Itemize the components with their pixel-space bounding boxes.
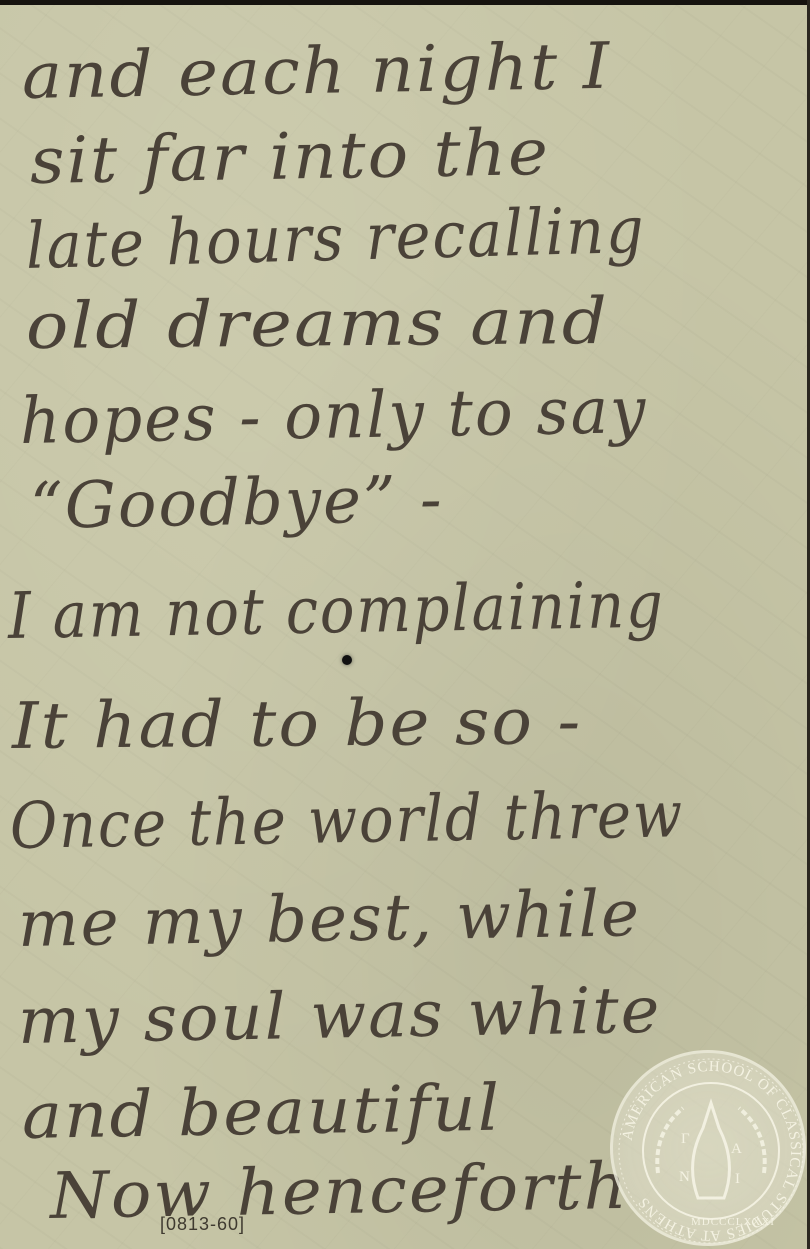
svg-text:Α: Α bbox=[731, 1141, 743, 1157]
handwritten-line-12: and beautiful bbox=[21, 1072, 502, 1154]
svg-text:Ι: Ι bbox=[735, 1171, 741, 1187]
archive-reference-label: [0813-60] bbox=[160, 1214, 245, 1235]
handwritten-line-2: sit far into the bbox=[29, 116, 550, 199]
handwritten-line-10: me my best, while bbox=[17, 877, 641, 962]
svg-text:Γ: Γ bbox=[681, 1131, 691, 1147]
handwritten-line-5: hopes - only to say bbox=[19, 374, 648, 459]
scan-top-border bbox=[0, 0, 810, 5]
handwritten-line-13: Now henceforth bbox=[49, 1150, 629, 1234]
handwritten-line-11: my soul was white bbox=[17, 974, 662, 1059]
svg-text:Ν: Ν bbox=[679, 1169, 691, 1185]
seal-emblem-icon: AMERICAN SCHOOL OF CLASSICAL STUDIES AT … bbox=[613, 1053, 809, 1249]
handwritten-line-9: Once the world threw bbox=[9, 778, 684, 864]
svg-text:MDCCCLXXXI: MDCCCLXXXI bbox=[691, 1216, 775, 1228]
handwritten-line-6: “Goodbye” - bbox=[29, 463, 444, 544]
letter-page: and each night I sit far into the late h… bbox=[0, 0, 810, 1249]
embossed-seal: AMERICAN SCHOOL OF CLASSICAL STUDIES AT … bbox=[610, 1050, 806, 1246]
handwritten-line-3: late hours recalling bbox=[25, 194, 646, 284]
handwritten-line-4: old dreams and bbox=[26, 285, 610, 364]
handwritten-line-8: It had to be so - bbox=[12, 685, 583, 764]
ink-spot bbox=[342, 655, 352, 665]
handwritten-line-1: and each night I bbox=[21, 30, 612, 114]
handwritten-line-7: I am not complaining bbox=[7, 569, 665, 654]
